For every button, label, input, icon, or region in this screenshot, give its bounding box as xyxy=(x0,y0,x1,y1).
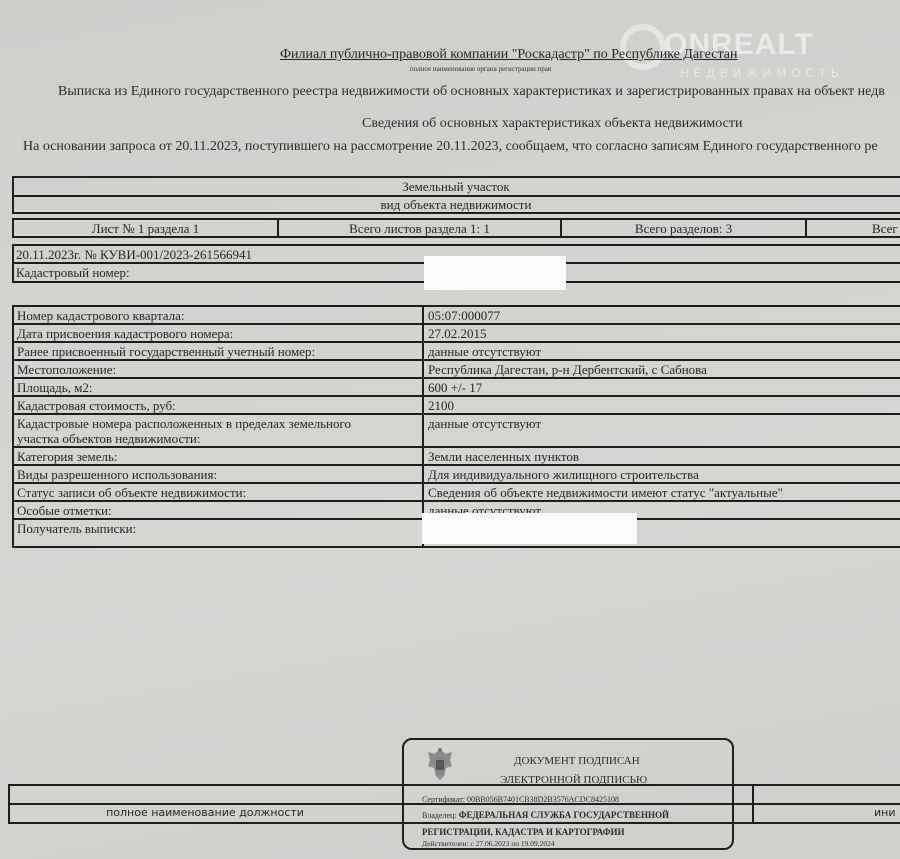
property-value: Сведения об объекте недвижимости имеют с… xyxy=(428,485,783,501)
property-value: Республика Дагестан, р-н Дербентский, с … xyxy=(428,362,707,378)
stamp-owner: Владелец: ФЕДЕРАЛЬНАЯ СЛУЖБА ГОСУДАРСТВЕ… xyxy=(422,810,669,820)
sheet-number: Лист № 1 раздела 1 xyxy=(14,221,277,237)
certificate-label: Сертификат: xyxy=(422,795,465,804)
property-value: 27.02.2015 xyxy=(428,326,487,342)
property-value: данные отсутствуют xyxy=(428,416,541,432)
property-label-cont: участка объектов недвижимости: xyxy=(17,431,201,447)
stamp-line2: ЭЛЕКТРОННОЙ ПОДПИСЬЮ xyxy=(500,774,647,786)
watermark-tagline: НЕДВИЖИМОСТЬ xyxy=(680,66,844,80)
property-label: Статус записи об объекте недвижимости: xyxy=(17,485,246,501)
property-label: Кадастровые номера расположенных в преде… xyxy=(17,416,351,432)
object-type: Земельный участок xyxy=(12,179,900,195)
sheets-in-section: Всего листов раздела 1: 1 xyxy=(279,221,560,237)
certificate-number: 00BB056B7401CB38D2B3576ACDC8425108 xyxy=(467,795,619,804)
property-label: Кадастровая стоимость, руб: xyxy=(17,398,176,414)
property-value: данные отсутствуют xyxy=(428,344,541,360)
owner-line2: РЕГИСТРАЦИИ, КАДАСТРА И КАРТОГРАФИИ xyxy=(422,827,624,837)
property-label: Площадь, м2: xyxy=(17,380,93,396)
basis-text: На основании запроса от 20.11.2023, пост… xyxy=(23,139,878,155)
org-caption: полное наименование органа регистрации п… xyxy=(410,65,551,73)
property-label: Ранее присвоенный государственный учетны… xyxy=(17,344,315,360)
property-value: 2100 xyxy=(428,398,454,414)
owner-label: Владелец: xyxy=(422,811,457,820)
electronic-signature-stamp: ДОКУМЕНТ ПОДПИСАН ЭЛЕКТРОННОЙ ПОДПИСЬЮ С… xyxy=(402,738,734,850)
redacted-recipient xyxy=(422,513,637,544)
total-sheets: Всег xyxy=(872,221,898,237)
property-label: Виды разрешенного использования: xyxy=(17,467,217,483)
property-value: 600 +/- 17 xyxy=(428,380,482,396)
property-label: Дата присвоения кадастрового номера: xyxy=(17,326,233,342)
property-label: Особые отметки: xyxy=(17,503,112,519)
object-type-caption: вид объекта недвижимости xyxy=(12,197,900,213)
property-value: 05:07:000077 xyxy=(428,308,500,324)
section-title: Сведения об основных характеристиках объ… xyxy=(362,116,742,132)
stamp-line1: ДОКУМЕНТ ПОДПИСАН xyxy=(514,755,640,767)
property-label: Категория земель: xyxy=(17,449,118,465)
initials-caption: ини xyxy=(874,806,896,819)
owner-line1: ФЕДЕРАЛЬНАЯ СЛУЖБА ГОСУДАРСТВЕННОЙ xyxy=(459,810,669,820)
redacted-cadastral-number xyxy=(424,256,566,290)
property-value: Для индивидуального жилищного строительс… xyxy=(428,467,699,483)
coat-of-arms-icon xyxy=(424,746,456,782)
extract-title: Выписка из Единого государственного реес… xyxy=(58,84,885,100)
property-label: Местоположение: xyxy=(17,362,116,378)
extract-reference: 20.11.2023г. № КУВИ-001/2023-261566941 xyxy=(16,247,252,263)
position-caption: полное наименование должности xyxy=(10,806,400,819)
total-sections: Всего разделов: 3 xyxy=(562,221,805,237)
property-label: Получатель выписки: xyxy=(17,521,136,537)
property-label: Номер кадастрового квартала: xyxy=(17,308,185,324)
org-name: Филиал публично-правовой компании "Роска… xyxy=(280,47,737,63)
cadastral-number-label: Кадастровый номер: xyxy=(16,265,130,281)
stamp-validity: Действителен: с 27.06.2023 по 19.09.2024 xyxy=(422,839,555,848)
stamp-certificate: Сертификат: 00BB056B7401CB38D2B3576ACDC8… xyxy=(422,795,619,804)
property-value: Земли населенных пунктов xyxy=(428,449,579,465)
